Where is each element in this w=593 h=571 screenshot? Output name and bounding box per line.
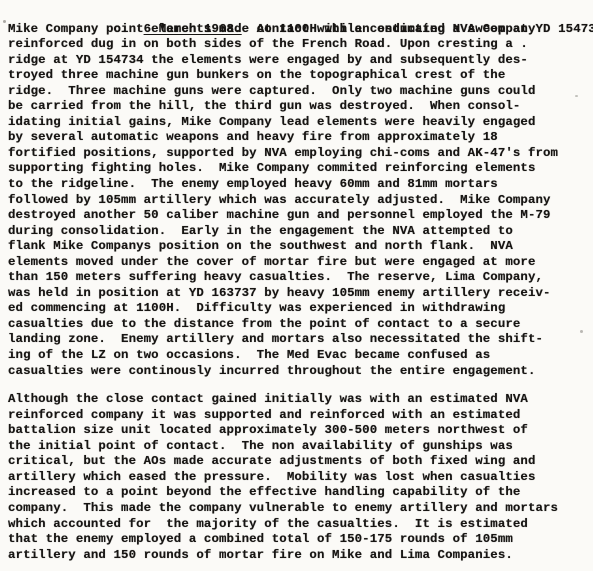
heading-line: c. 6 March 1968. At 1100H while conducti… xyxy=(8,6,589,22)
text-line: battalion size unit located approximatel… xyxy=(8,423,589,439)
text-line: elements moved under the cover of mortar… xyxy=(8,255,589,271)
text-line: the initial point of contact. The non av… xyxy=(8,439,589,455)
text-line: Mike Company point elements made contact… xyxy=(8,22,589,38)
text-line: than 150 meters suffering heavy casualti… xyxy=(8,270,589,286)
text-line: ed commencing at 1100H. Difficulty was e… xyxy=(8,301,589,317)
text-line: to the ridgeline. The enemy employed hea… xyxy=(8,177,589,193)
text-line: fortified positions, supported by NVA em… xyxy=(8,146,589,162)
text-line: artillery which eased the pressure. Mobi… xyxy=(8,470,589,486)
paragraph-lines: Mike Company point elements made contact… xyxy=(8,22,589,380)
text-line: landing zone. Enemy artillery and mortar… xyxy=(8,332,589,348)
text-line: Although the close contact gained initia… xyxy=(8,392,589,408)
text-line: was held in position at YD 163737 by hea… xyxy=(8,286,589,302)
text-line: casualties were continously incurred thr… xyxy=(8,364,589,380)
paragraph-lines: Although the close contact gained initia… xyxy=(8,392,589,563)
text-line: that the enemy employed a combined total… xyxy=(8,532,589,548)
scan-speck xyxy=(3,20,6,23)
text-line: increased to a point beyond the effectiv… xyxy=(8,485,589,501)
paragraph-assessment: Although the close contact gained initia… xyxy=(8,392,589,563)
text-line: ing of the LZ on two occasions. The Med … xyxy=(8,348,589,364)
text-line: critical, but the AOs made accurate adju… xyxy=(8,454,589,470)
text-line: ridge. Three machine guns were captured.… xyxy=(8,84,589,100)
document-body: c. 6 March 1968. At 1100H while conducti… xyxy=(8,6,589,563)
text-line: artillery and 150 rounds of mortar fire … xyxy=(8,548,589,564)
text-line: during consolidation. Early in the engag… xyxy=(8,224,589,240)
text-line: reinforced company it was supported and … xyxy=(8,408,589,424)
text-line: company. This made the company vulnerabl… xyxy=(8,501,589,517)
text-line: ridge at YD 154734 the elements were eng… xyxy=(8,53,589,69)
text-line: troyed three machine gun bunkers on the … xyxy=(8,68,589,84)
text-line: which accounted for the majority of the … xyxy=(8,517,589,533)
text-line: supporting fighting holes. Mike Company … xyxy=(8,161,589,177)
text-line: reinforced dug in on both sides of the F… xyxy=(8,37,589,53)
text-line: idating initial gains, Mike Company lead… xyxy=(8,115,589,131)
text-line: be carried from the hill, the third gun … xyxy=(8,99,589,115)
text-line: casualties due to the distance from the … xyxy=(8,317,589,333)
text-line: by several automatic weapons and heavy f… xyxy=(8,130,589,146)
text-line: destroyed another 50 caliber machine gun… xyxy=(8,208,589,224)
text-line: flank Mike Companys position on the sout… xyxy=(8,239,589,255)
text-line: followed by 105mm artillery which was ac… xyxy=(8,193,589,209)
scanned-document-page: c. 6 March 1968. At 1100H while conducti… xyxy=(0,0,593,571)
paragraph-action-summary: c. 6 March 1968. At 1100H while conducti… xyxy=(8,6,589,379)
